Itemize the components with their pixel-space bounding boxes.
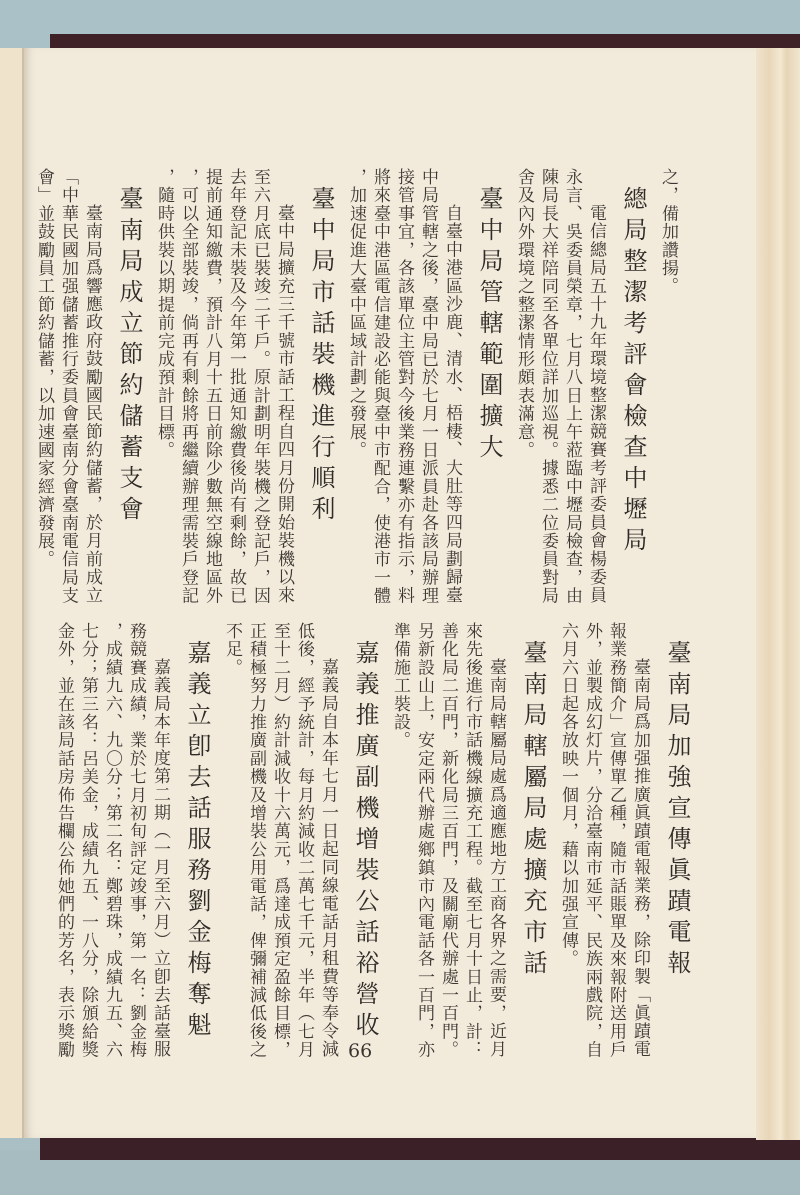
text-line: 臺南局轄屬局處爲適應地方工商各界之需要，近月	[484, 622, 508, 1058]
text-line: 舍及內外環境之整潔情形頗表滿意。	[512, 168, 536, 459]
article-title: 臺南局加強宣傳眞蹟電報	[660, 622, 694, 981]
text-line: 七分；第三名：呂美金，成績九五、一八分，除頒給獎	[76, 622, 100, 1059]
text-line: 會」並鼓勵員工節約儲蓄，以加速國家經濟發展。	[32, 168, 56, 568]
text-line: 電信總局五十九年環境整潔競賽考評委員會楊委員	[584, 168, 608, 604]
article-taichung-installation: 臺中局市話裝機進行順利 臺中局擴充三千號市話工程自四月份開始裝機以來 至六月底已…	[152, 168, 344, 605]
text-line: ，加速促進大臺中區域計劃之發展。	[344, 168, 368, 459]
text-line: 準備施工裝設。	[388, 622, 412, 749]
text-line: 報業務簡介」宣傳單乙種，隨市話賬單及來報附送用戶	[604, 622, 628, 1059]
article-chiayi-extension: 嘉義推廣副機增裝公話裕營收 嘉義局自本年七月一日起同線電話月租費等奉令減 低後，…	[220, 622, 388, 1059]
text-line: 去年登記未裝及今年第一批通知繳費後尚有剩餘，故已	[224, 168, 248, 605]
book-cover-bottom-edge	[40, 1138, 800, 1160]
text-line: 「中華民國加强儲蓄推行委員會臺南分會臺南電信局支	[56, 168, 80, 605]
text-line: 低後，經予統計，每月約減收二萬七千元，半年（七月	[292, 622, 316, 1059]
article-title: 嘉義推廣副機增裝公話裕營收	[348, 622, 382, 1043]
article-title: 總局整潔考評會檢查中壢局	[616, 168, 650, 558]
text-line: 永言、吳委員榮章，七月八日上午蒞臨中壢局檢查，由	[560, 168, 584, 605]
text-line: ，隨時供裝以期提前完成預計目標。	[152, 168, 176, 459]
text-line: 嘉義局自本年七月一日起同線電話月租費等奉令減	[316, 622, 340, 1058]
text-line: 六月六日起各放映一個月，藉以加强宣傳。	[556, 622, 580, 968]
page-number: 66	[348, 1040, 372, 1062]
text-line: 接管事宜，各該單位主管對今後業務連繫亦有指示，料	[392, 168, 416, 605]
page-stack-edge	[756, 48, 800, 1140]
text-line: 嘉義局本年度第二期（一月至六月）立卽去話臺服	[148, 622, 172, 1058]
text-line: ，可以全部裝竣，倘再有剩餘將再繼續辦理需裝戶登記	[176, 168, 200, 605]
bottom-section: 臺南局加強宣傳眞蹟電報 臺南局爲加强推廣眞蹟電報業務，除印製「眞蹟電 報業務簡介…	[60, 622, 700, 1032]
article-chiayi-competition: 嘉義立卽去話服務劉金梅奪魁 嘉義局本年度第二期（一月至六月）立卽去話臺服 務競賽…	[52, 622, 220, 1059]
article-tainan-telegram: 臺南局加強宣傳眞蹟電報 臺南局爲加强推廣眞蹟電報業務，除印製「眞蹟電 報業務簡介…	[556, 622, 700, 1059]
text-line: 之，備加讚揚。	[656, 168, 680, 295]
article-taichung-jurisdiction: 臺中局管轄範圍擴大 自臺中港區沙鹿、清水、梧棲、大肚等四局劃歸臺 中局管轄之後，…	[344, 168, 512, 605]
text-line: ，成績九六、九〇分；第二名：鄭碧珠，成績九五、六	[100, 622, 124, 1059]
text-line: 外，並製成幻灯片，分洽臺南市延平、民族兩戲院，自	[580, 622, 604, 1059]
text-line: 將來臺中港區電信建設必能與臺中市配合，使港市一體	[368, 168, 392, 605]
article-tainan-expansion: 臺南局轄屬局處擴充市話 臺南局轄屬局處爲適應地方工商各界之需要，近月 來先後進行…	[388, 622, 556, 1059]
text-line: 自臺中港區沙鹿、清水、梧棲、大肚等四局劃歸臺	[440, 168, 464, 604]
text-line: 至六月底已裝竣二千戶。原計劃明年裝機之登記戶，因	[248, 168, 272, 605]
text-line: 來先後進行市話機線擴充工程。截至七月十日止，計：	[460, 622, 484, 1059]
article-title: 臺南局轄屬局處擴充市話	[516, 622, 550, 981]
text-line: 金外，並在該局話房佈告欄公佈她們的芳名，表示獎勵	[52, 622, 76, 1059]
article-title: 臺中局市話裝機進行順利	[304, 168, 338, 527]
text-line: 中局管轄之後，臺中局已於七月一日派員赴各該局辦理	[416, 168, 440, 605]
left-page-edge	[0, 48, 24, 1138]
article-zhongli-inspection: 總局整潔考評會檢查中壢局 電信總局五十九年環境整潔競賽考評委員會楊委員 永言、吳…	[512, 168, 656, 605]
text-line: 不足。	[220, 622, 244, 677]
text-line: 至十二月）約計減收十六萬元，爲達成預定盈餘目標，	[268, 622, 292, 1059]
text-line: 臺中局擴充三千號市話工程自四月份開始裝機以來	[272, 168, 296, 604]
top-section: 之，備加讚揚。 總局整潔考評會檢查中壢局 電信總局五十九年環境整潔競賽考評委員會…	[60, 168, 680, 558]
text-line: 善化局二百門，新化局三百門，及關廟代辦處一百門。	[436, 622, 460, 1059]
text-line: 正積極努力推廣副機及增裝公用電話，俾彌補減低後之	[244, 622, 268, 1059]
continuation-text: 之，備加讚揚。	[656, 168, 680, 295]
text-line: 臺南局爲響應政府鼓勵國民節約儲蓄，於月前成立	[80, 168, 104, 604]
article-title: 臺南局成立節約儲蓄支會	[112, 168, 146, 527]
text-line: 務競賽成績，業於七月初旬評定竣事，第一名：劉金梅	[124, 622, 148, 1059]
text-line: 提前通知繳費，預計八月十五日前除少數無空線地區外	[200, 168, 224, 605]
text-line: 陳局長大祥陪同至各單位詳加巡視。據悉二位委員對局	[536, 168, 560, 605]
article-title: 嘉義立卽去話服務劉金梅奪魁	[180, 622, 214, 1043]
article-title: 臺中局管轄範圍擴大	[472, 168, 506, 465]
text-line: 臺南局爲加强推廣眞蹟電報業務，除印製「眞蹟電	[628, 622, 652, 1058]
text-line: 另新設山上，安定兩代辦處鄉鎮市內電話各一百門，亦	[412, 622, 436, 1059]
article-tainan-savings: 臺南局成立節約儲蓄支會 臺南局爲響應政府鼓勵國民節約儲蓄，於月前成立 「中華民國…	[32, 168, 152, 605]
